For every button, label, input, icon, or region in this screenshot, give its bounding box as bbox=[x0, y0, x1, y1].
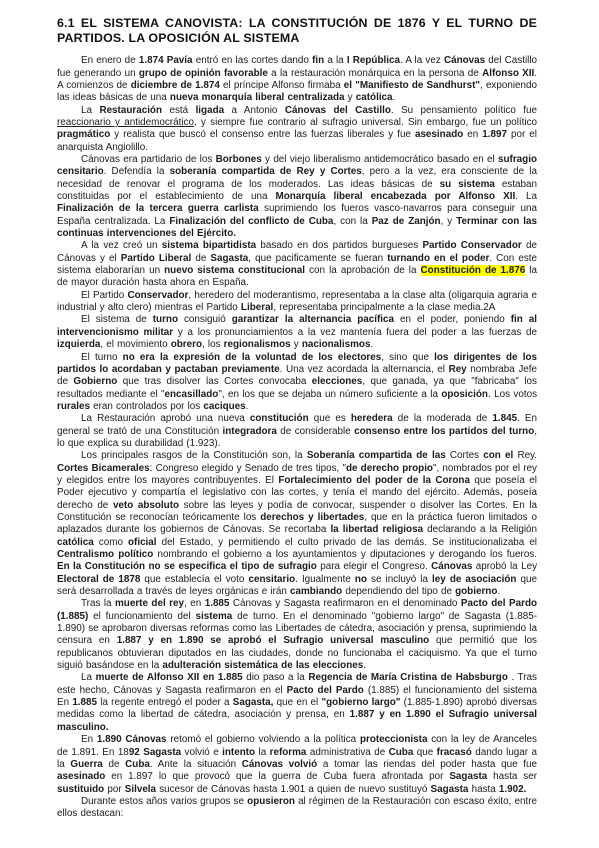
text-run: Restauración bbox=[99, 105, 162, 116]
text-run: fracasó bbox=[437, 747, 472, 758]
text-run: , los bbox=[202, 339, 224, 350]
text-run: en 1.897 lo que provocó que la guerra de… bbox=[105, 771, 449, 782]
text-run: Centralismo político bbox=[57, 549, 153, 560]
text-run: ley de asociación bbox=[432, 574, 516, 585]
text-run: Paz de Zanjón bbox=[372, 216, 441, 227]
text-run: la regente entregó el poder a bbox=[97, 697, 233, 708]
text-run: eran controlados por los bbox=[90, 401, 203, 412]
text-run: Regencia de María Cristina de Habsburgo bbox=[308, 672, 508, 683]
text-run: Electoral de 1878 bbox=[57, 574, 140, 585]
text-run: La bbox=[81, 672, 96, 683]
text-run: hasta ser bbox=[487, 771, 537, 782]
text-run: Cánovas y Sagasta reafirmaron en el deno… bbox=[229, 598, 460, 609]
text-run: rurales bbox=[57, 401, 90, 412]
text-run: derechos y libertades bbox=[260, 512, 364, 523]
text-run: dio paso a la bbox=[243, 672, 309, 683]
text-run: que establecía el voto bbox=[140, 574, 248, 585]
text-run: Conservador bbox=[127, 290, 188, 301]
text-run: católica bbox=[57, 537, 94, 548]
text-run: . Ante la situación bbox=[150, 759, 242, 770]
text-run: elecciones bbox=[312, 376, 363, 387]
text-run: con la aprobación de la bbox=[305, 265, 420, 276]
text-run: nacionalismos bbox=[302, 339, 371, 350]
text-run: y del viejo liberalismo antidemocrático … bbox=[262, 154, 498, 165]
paragraph: Los principales rasgos de la Constitució… bbox=[57, 450, 537, 598]
text-run: está bbox=[162, 105, 196, 116]
text-run: sistema bipartidista bbox=[162, 240, 256, 251]
text-run: Partido Conservador bbox=[422, 240, 521, 251]
text-run: : Congreso elegido y Senado de tres tipo… bbox=[150, 463, 346, 474]
text-run: Sagasta bbox=[431, 784, 469, 795]
text-run: entró en las cortes dando bbox=[193, 55, 313, 66]
text-run: volvió e bbox=[181, 747, 222, 758]
text-run: muerte de Alfonso XII en 1.885 bbox=[96, 672, 243, 683]
text-run: se incluyó la bbox=[367, 574, 432, 585]
text-run: Cánovas volvió bbox=[242, 759, 317, 770]
text-run: caciques bbox=[203, 401, 245, 412]
text-run: 92 Sagasta bbox=[129, 747, 181, 758]
text-run: 1.885 bbox=[72, 697, 97, 708]
text-run: A la vez creó un bbox=[81, 240, 162, 251]
paragraph: Tras la muerte del rey, en 1.885 Cánovas… bbox=[57, 598, 537, 672]
text-run: oficial bbox=[128, 537, 157, 548]
text-run: en el poder, poniendo bbox=[394, 314, 511, 325]
text-run: Cánovas era partidario de los bbox=[81, 154, 216, 165]
text-run: izquierda bbox=[57, 339, 100, 350]
text-run: del Estado, y permitiendo el culto priva… bbox=[157, 537, 537, 548]
text-run: encasillado bbox=[165, 389, 219, 400]
text-run: , con la bbox=[333, 216, 371, 227]
text-run: Gobierno bbox=[73, 376, 117, 387]
text-run: , que pacificamente se fueran bbox=[248, 253, 387, 264]
text-run: El turno bbox=[81, 352, 123, 363]
text-run: , sino que bbox=[381, 352, 434, 363]
text-run: en bbox=[463, 129, 482, 140]
text-run: que en el bbox=[273, 697, 321, 708]
text-run: veto absoluto bbox=[113, 500, 179, 511]
text-run: de bbox=[191, 253, 210, 264]
text-run: declarando a la Religión bbox=[423, 524, 537, 535]
paragraph: En enero de 1.874 Pavía entró en las cor… bbox=[57, 55, 537, 104]
text-run: gobierno bbox=[455, 586, 497, 597]
text-run: Rey. bbox=[513, 450, 537, 461]
text-run: Los principales rasgos de la Constitució… bbox=[81, 450, 307, 461]
text-run: ", en los que se dejaba un número sufici… bbox=[218, 389, 441, 400]
text-run: Monarquía liberal encabezada por Alfonso… bbox=[276, 191, 516, 202]
text-run: "gobierno largo" bbox=[321, 697, 400, 708]
paragraph: La muerte de Alfonso XII en 1.885 dio pa… bbox=[57, 672, 537, 734]
text-run: Cortes bbox=[446, 450, 484, 461]
text-run: En enero de bbox=[81, 55, 139, 66]
text-run: censitario bbox=[248, 574, 295, 585]
text-run: 1.902. bbox=[499, 784, 526, 795]
text-run: la bbox=[255, 747, 270, 758]
text-run: como bbox=[94, 537, 128, 548]
text-run: Cortes Bicamerales bbox=[57, 463, 150, 474]
text-run: a la restauración monárquica en la perso… bbox=[268, 68, 482, 79]
text-run: a la bbox=[324, 55, 347, 66]
text-run: Partido Liberal bbox=[121, 253, 191, 264]
text-run: y bbox=[291, 339, 302, 350]
text-run: que bbox=[413, 747, 436, 758]
text-run: , en bbox=[184, 598, 205, 609]
text-run: 1.845 bbox=[492, 413, 517, 424]
text-run: de bbox=[103, 759, 125, 770]
text-run: Cuba bbox=[125, 759, 150, 770]
text-run: retomó el gobierno volviendo a la políti… bbox=[167, 734, 360, 745]
text-run: Cánovas bbox=[444, 55, 485, 66]
text-run: integradora bbox=[223, 426, 277, 437]
text-run: turno bbox=[153, 314, 178, 325]
text-run: el príncipe Alfonso firmaba bbox=[220, 80, 344, 91]
text-run: Constitución de 1.876 bbox=[421, 265, 526, 276]
text-run: grupo de opinión favorable bbox=[139, 68, 268, 79]
text-run: y bbox=[345, 92, 356, 103]
text-run: Rey bbox=[449, 364, 467, 375]
text-run: a Antonio bbox=[224, 105, 285, 116]
text-run: Borbones bbox=[216, 154, 262, 165]
text-run: el funcionamiento del bbox=[88, 611, 195, 622]
text-run: . A la vez bbox=[400, 55, 444, 66]
text-run: obrero bbox=[171, 339, 202, 350]
text-run: . bbox=[497, 586, 500, 597]
text-run: El Partido bbox=[81, 290, 127, 301]
text-run: regionalismos bbox=[224, 339, 291, 350]
text-run: dependiendo del tipo de bbox=[342, 586, 455, 597]
text-run: heredera bbox=[351, 413, 393, 424]
text-run: , y siempre fue contrario al sufragio un… bbox=[194, 117, 537, 128]
document-body: En enero de 1.874 Pavía entró en las cor… bbox=[57, 55, 537, 820]
text-run: nueva monarquía liberal centralizada bbox=[170, 92, 345, 103]
text-run: Sagasta bbox=[210, 253, 248, 264]
text-run: diciembre de 1.874 bbox=[131, 80, 220, 91]
text-run: oposición bbox=[441, 389, 488, 400]
text-run: sistema bbox=[196, 611, 233, 622]
text-run: Finalización de la tercera guerra carlis… bbox=[57, 203, 259, 214]
text-run: para elegir el Congreso. bbox=[317, 561, 431, 572]
text-run: y realista que buscó el consenso entre l… bbox=[110, 129, 415, 140]
text-run: En la Constitución no se especifica el t… bbox=[57, 561, 317, 572]
text-run: . Su pensamiento político fue bbox=[391, 105, 537, 116]
text-run: de derecho propio bbox=[346, 463, 433, 474]
text-run: basado en dos partidos burgueses bbox=[256, 240, 422, 251]
text-run: hasta bbox=[468, 784, 498, 795]
text-run: que es bbox=[309, 413, 351, 424]
text-run: adulteración sistemática de las eleccion… bbox=[162, 660, 363, 671]
text-run: La Restauración aprobó una nueva bbox=[81, 413, 250, 424]
paragraph: El Partido Conservador, heredero del mod… bbox=[57, 290, 537, 315]
text-run: de considerable bbox=[277, 426, 354, 437]
text-run: Fortalecimiento del poder de la Corona bbox=[278, 475, 470, 486]
text-run: . Una vez acordada la alternancia, el bbox=[280, 364, 449, 375]
text-run: 1.874 Pavía bbox=[139, 55, 193, 66]
text-run: a tomar las riendas del poder hasta que … bbox=[317, 759, 537, 770]
text-run: 1.897 bbox=[482, 129, 507, 140]
text-run: nombrando el gobierno a los ayuntamiento… bbox=[153, 549, 537, 560]
text-run: que tras disolver las Cortes convocaba bbox=[117, 376, 311, 387]
text-run: Liberal bbox=[241, 302, 273, 313]
text-run: asesinado bbox=[57, 771, 105, 782]
text-run: , representaba principalmente a la clase… bbox=[273, 302, 495, 313]
text-run: Finalización del conflicto de Cuba bbox=[169, 216, 333, 227]
text-run: pragmático bbox=[57, 129, 110, 140]
text-run: intento bbox=[222, 747, 255, 758]
text-run: asesinado bbox=[415, 129, 463, 140]
text-run: su sistema bbox=[440, 179, 495, 190]
text-run: garantizar la alternancia pacífica bbox=[232, 314, 394, 325]
text-run: Durante estos años varios grupos se bbox=[81, 796, 247, 807]
text-run: ligada bbox=[196, 105, 225, 116]
text-run: la libertad religiosa bbox=[330, 524, 423, 535]
text-run: cambiando bbox=[290, 586, 342, 597]
text-run: . Igualmente bbox=[295, 574, 355, 585]
paragraph: La Restauración está ligada a Antonio Cá… bbox=[57, 105, 537, 154]
text-run: sucesor de Cánovas hasta 1.901 a quien d… bbox=[156, 784, 431, 795]
text-run: reforma bbox=[270, 747, 307, 758]
text-run: La bbox=[81, 105, 99, 116]
text-run: . bbox=[393, 92, 396, 103]
text-run: consenso entre los partidos del turno bbox=[354, 426, 534, 437]
text-run: , el movimiento bbox=[100, 339, 170, 350]
text-run: Tras la bbox=[81, 598, 115, 609]
text-run: Silvela bbox=[125, 784, 156, 795]
text-run: Cuba bbox=[389, 747, 414, 758]
paragraph: La Restauración aprobó una nueva constit… bbox=[57, 413, 537, 450]
page-title: 6.1 EL SISTEMA CANOVISTA: LA CONSTITUCIÓ… bbox=[57, 16, 537, 45]
text-run: turnando en el poder bbox=[387, 253, 489, 264]
text-run: administrativa de bbox=[306, 747, 388, 758]
paragraph: En 1.890 Cánovas retomó el gobierno volv… bbox=[57, 734, 537, 796]
paragraph: El sistema de turno consiguió garantizar… bbox=[57, 314, 537, 351]
text-run: Cánovas del Castillo bbox=[285, 105, 391, 116]
text-run: muerte del rey bbox=[115, 598, 184, 609]
text-run: 1.885 bbox=[205, 598, 230, 609]
text-run: I República bbox=[347, 55, 400, 66]
text-run: El sistema de bbox=[81, 314, 153, 325]
document-page: 6.1 EL SISTEMA CANOVISTA: LA CONSTITUCIÓ… bbox=[0, 0, 599, 848]
text-run: no era la expresión de la voluntad de lo… bbox=[123, 352, 382, 363]
text-run: Sagasta, bbox=[233, 697, 274, 708]
paragraph: A la vez creó un sistema bipartidista ba… bbox=[57, 240, 537, 289]
text-run: aprobó la Ley bbox=[472, 561, 537, 572]
text-run: . La bbox=[515, 191, 537, 202]
paragraph: Cánovas era partidario de los Borbones y… bbox=[57, 154, 537, 240]
text-run: . Los votos bbox=[488, 389, 537, 400]
text-run: soberanía compartida de Rey y Cortes bbox=[170, 166, 362, 177]
text-run: Pacto del Pardo bbox=[287, 685, 364, 696]
text-run: fin bbox=[312, 55, 324, 66]
paragraph: El turno no era la expresión de la volun… bbox=[57, 352, 537, 414]
text-run: En bbox=[81, 734, 97, 745]
text-run: constitución bbox=[250, 413, 309, 424]
text-run: Soberanía compartida de las bbox=[307, 450, 446, 461]
text-run: , y bbox=[441, 216, 457, 227]
text-run: proteccionista bbox=[360, 734, 428, 745]
text-run: católica bbox=[356, 92, 393, 103]
text-run: con el bbox=[483, 450, 513, 461]
text-run: el "Manifiesto de Sandhurst" bbox=[344, 80, 480, 91]
text-run: . bbox=[363, 660, 366, 671]
text-run: 1.887 y en 1.890 se aprobó el Sufragio u… bbox=[117, 635, 429, 646]
text-run: Sagasta bbox=[449, 771, 487, 782]
text-run: por bbox=[104, 784, 125, 795]
text-run: 1.890 Cánovas bbox=[97, 734, 167, 745]
text-run: . bbox=[246, 401, 249, 412]
text-run: Cánovas bbox=[431, 561, 472, 572]
text-run: opusieron bbox=[247, 796, 295, 807]
text-run: reaccionario y antidemocrático bbox=[57, 117, 194, 128]
text-run: Alfonso XII bbox=[482, 68, 534, 79]
paragraph: Durante estos años varios grupos se opus… bbox=[57, 796, 537, 821]
text-run: y a los pronunciamientos a la vez manten… bbox=[173, 327, 537, 338]
text-run: nuevo sistema constitucional bbox=[164, 265, 305, 276]
text-run: no bbox=[355, 574, 367, 585]
text-run: de la moderada de bbox=[393, 413, 493, 424]
text-run: . bbox=[370, 339, 373, 350]
text-run: consiguió bbox=[178, 314, 232, 325]
text-run: sustituido bbox=[57, 784, 104, 795]
text-run: . Defendía la bbox=[104, 166, 170, 177]
text-run: Guerra bbox=[70, 759, 102, 770]
